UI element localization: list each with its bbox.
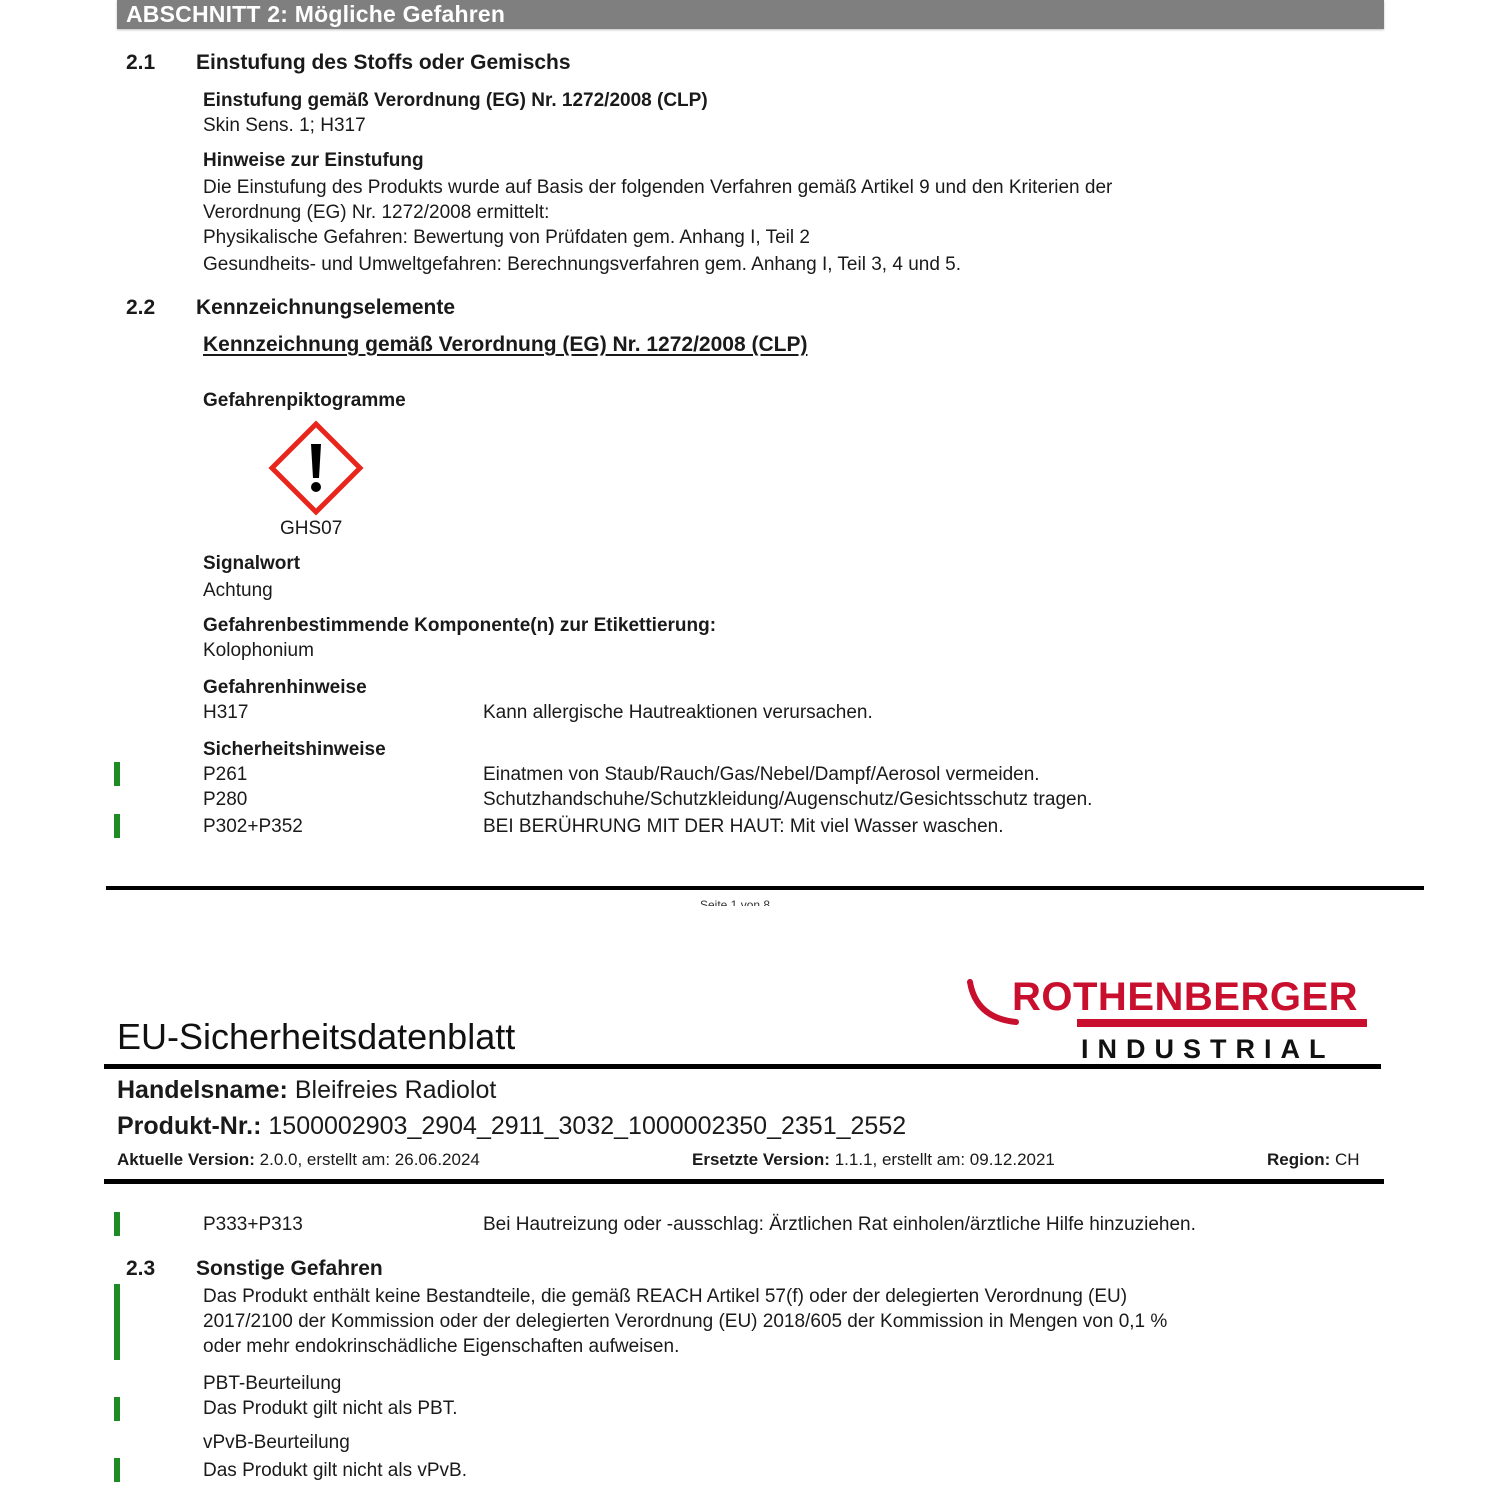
subsection-number-2-3: 2.3 [126, 1257, 155, 1281]
subsection-title-2-1: Einstufung des Stoffs oder Gemischs [196, 51, 571, 75]
vpvb-text: Das Produkt gilt nicht als vPvB. [203, 1460, 467, 1482]
region-row: Region: CH [1267, 1150, 1360, 1170]
hazard-code: H317 [203, 702, 248, 724]
section-title: ABSCHNITT 2: Mögliche Gefahren [126, 1, 505, 28]
current-version-label: Aktuelle Version: [117, 1150, 255, 1169]
classification-notes-line: Physikalische Gefahren: Bewertung von Pr… [203, 227, 810, 249]
footer-rule [106, 886, 1424, 890]
current-version: 2.0.0, erstellt am: 26.06.2024 [260, 1150, 480, 1169]
labelling-heading: Kennzeichnung gemäß Verordnung (EG) Nr. … [203, 333, 807, 357]
trade-name-label: Handelsname: [117, 1076, 288, 1104]
region-label: Region: [1267, 1150, 1330, 1169]
replaced-version-row: Ersetzte Version: 1.1.1, erstellt am: 09… [692, 1150, 1055, 1170]
classification-notes-line: Die Einstufung des Produkts wurde auf Ba… [203, 177, 1112, 199]
precaution-code: P261 [203, 764, 247, 786]
page-indicator: Seite 1 von 8 [700, 898, 770, 906]
product-number: 1500002903_2904_2911_3032_1000002350_235… [268, 1112, 906, 1140]
subsection-number-2-2: 2.2 [126, 296, 155, 320]
other-hazards-line: Das Produkt enthält keine Bestandteile, … [203, 1286, 1127, 1308]
change-marker [114, 1397, 120, 1421]
subsection-title-2-3: Sonstige Gefahren [196, 1257, 383, 1281]
document-title: EU-Sicherheitsdatenblatt [117, 1016, 515, 1058]
logo-subtitle: INDUSTRIAL [1081, 1034, 1335, 1065]
signal-word: Achtung [203, 580, 273, 602]
vpvb-heading: vPvB-Beurteilung [203, 1432, 350, 1454]
header-rule-bottom [104, 1179, 1384, 1184]
precautionary-statements-heading: Sicherheitshinweise [203, 739, 386, 761]
pbt-heading: PBT-Beurteilung [203, 1373, 341, 1395]
hazard-text: Kann allergische Hautreaktionen verursac… [483, 702, 873, 724]
change-marker [114, 1458, 120, 1482]
components-value: Kolophonium [203, 640, 314, 662]
classification-value: Skin Sens. 1; H317 [203, 115, 366, 137]
pictograms-heading: Gefahrenpiktogramme [203, 390, 406, 412]
precaution-text: Einatmen von Staub/Rauch/Gas/Nebel/Dampf… [483, 764, 1040, 786]
logo-red-rule [1077, 1019, 1367, 1027]
replaced-version-label: Ersetzte Version: [692, 1150, 830, 1169]
classification-heading: Einstufung gemäß Verordnung (EG) Nr. 127… [203, 90, 708, 112]
precaution-code: P280 [203, 789, 247, 811]
logo-brand: ROTHENBERGER [1012, 975, 1358, 1020]
trade-name-row: Handelsname: Bleifreies Radiolot [117, 1076, 496, 1105]
classification-notes-heading: Hinweise zur Einstufung [203, 150, 424, 172]
hazard-statements-heading: Gefahrenhinweise [203, 677, 367, 699]
change-marker [114, 762, 120, 786]
pictogram-code: GHS07 [280, 518, 342, 540]
pbt-text: Das Produkt gilt nicht als PBT. [203, 1398, 458, 1420]
other-hazards-line: oder mehr endokrinschädliche Eigenschaft… [203, 1336, 679, 1358]
change-marker [114, 1284, 120, 1360]
header-rule-top [104, 1064, 1381, 1069]
precaution-text: BEI BERÜHRUNG MIT DER HAUT: Mit viel Was… [483, 816, 1003, 838]
classification-notes-line: Gesundheits- und Umweltgefahren: Berechn… [203, 254, 961, 276]
other-hazards-line: 2017/2100 der Kommission oder der delegi… [203, 1311, 1167, 1333]
trade-name: Bleifreies Radiolot [295, 1076, 497, 1104]
region: CH [1335, 1150, 1360, 1169]
classification-notes-line: Verordnung (EG) Nr. 1272/2008 ermittelt: [203, 202, 549, 224]
section-header-bar: ABSCHNITT 2: Mögliche Gefahren [117, 0, 1384, 29]
product-number-row: Produkt-Nr.: 1500002903_2904_2911_3032_1… [117, 1112, 906, 1141]
product-number-label: Produkt-Nr.: [117, 1112, 261, 1140]
ghs07-exclamation-icon [268, 420, 364, 516]
subsection-number-2-1: 2.1 [126, 51, 155, 75]
precaution-code: P302+P352 [203, 816, 303, 838]
change-marker [114, 1212, 120, 1236]
change-marker [114, 814, 120, 838]
precaution-text: Bei Hautreizung oder -ausschlag: Ärztlic… [483, 1214, 1196, 1236]
current-version-row: Aktuelle Version: 2.0.0, erstellt am: 26… [117, 1150, 480, 1170]
subsection-title-2-2: Kennzeichnungselemente [196, 296, 455, 320]
replaced-version: 1.1.1, erstellt am: 09.12.2021 [835, 1150, 1055, 1169]
components-heading: Gefahrenbestimmende Komponente(n) zur Et… [203, 615, 716, 637]
precaution-code: P333+P313 [203, 1214, 303, 1236]
precaution-text: Schutzhandschuhe/Schutzkleidung/Augensch… [483, 789, 1092, 811]
signal-word-heading: Signalwort [203, 553, 300, 575]
